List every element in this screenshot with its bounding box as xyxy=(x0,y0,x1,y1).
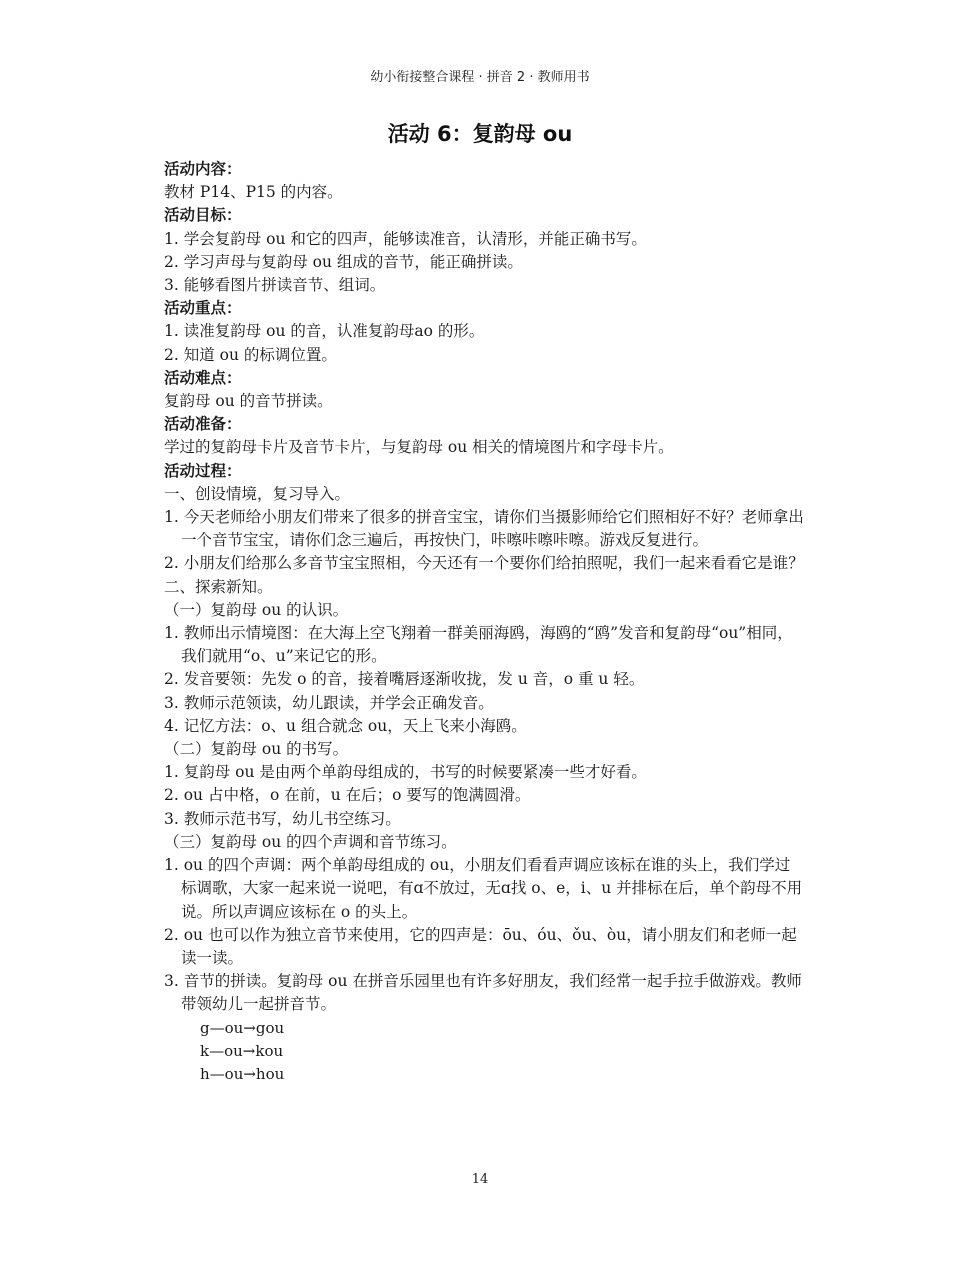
subsection-title: （一）复韵母 ou 的认识。 xyxy=(164,599,804,622)
process-item: 1. 复韵母 ou 是由两个单韵母组成的，书写的时候要紧凑一些才好看。 xyxy=(164,761,804,784)
process-item: 3. 教师示范领读，幼儿跟读，并学会正确发音。 xyxy=(164,692,804,715)
goal-item: 1. 学会复韵母 ou 和它的四声，能够读准音，认清形，并能正确书写。 xyxy=(164,228,804,251)
subsection-title: （三）复韵母 ou 的四个声调和音节练习。 xyxy=(164,831,804,854)
goal-item: 3. 能够看图片拼读音节、组词。 xyxy=(164,274,804,297)
section-heading-content: 活动内容： xyxy=(164,158,804,181)
process-item: 3. 教师示范书写，幼儿书空练习。 xyxy=(164,808,804,831)
document-body: 活动内容： 教材 P14、P15 的内容。 活动目标： 1. 学会复韵母 ou … xyxy=(164,158,804,1086)
part2-title: 二、探索新知。 xyxy=(164,576,804,599)
process-item: 1. 教师出示情境图：在大海上空飞翔着一群美丽海鸥，海鸥的“鸥”发音和复韵母“o… xyxy=(164,622,804,668)
key-point-item: 2. 知道 ou 的标调位置。 xyxy=(164,344,804,367)
process-item: 2. ou 占中格，o 在前，u 在后；o 要写的饱满圆滑。 xyxy=(164,784,804,807)
goal-item: 2. 学习声母与复韵母 ou 组成的音节，能正确拼读。 xyxy=(164,251,804,274)
process-item: 1. ou 的四个声调：两个单韵母组成的 ou，小朋友们看看声调应该标在谁的头上… xyxy=(164,854,804,924)
process-item: 2. ou 也可以作为独立音节来使用，它的四声是：ōu、óu、ǒu、òu，请小朋… xyxy=(164,924,804,970)
section-heading-preparation: 活动准备： xyxy=(164,413,804,436)
difficulty-text: 复韵母 ou 的音节拼读。 xyxy=(164,390,804,413)
content-text: 教材 P14、P15 的内容。 xyxy=(164,181,804,204)
page-number: 14 xyxy=(0,1172,960,1187)
section-heading-process: 活动过程： xyxy=(164,460,804,483)
page-title: 活动 6：复韵母 ou xyxy=(0,118,960,148)
process-item: 2. 小朋友们给那么多音节宝宝照相，今天还有一个要你们给拍照呢，我们一起来看看它… xyxy=(164,552,804,575)
section-heading-difficulty: 活动难点： xyxy=(164,367,804,390)
running-header: 幼小衔接整合课程 · 拼音 2 · 教师用书 xyxy=(0,66,960,85)
subsection-title: （二）复韵母 ou 的书写。 xyxy=(164,738,804,761)
key-point-item: 1. 读准复韵母 ou 的音，认准复韵母ao 的形。 xyxy=(164,320,804,343)
process-item: 3. 音节的拼读。复韵母 ou 在拼音乐园里也有许多好朋友，我们经常一起手拉手做… xyxy=(164,970,804,1016)
part1-title: 一、创设情境，复习导入。 xyxy=(164,483,804,506)
process-item: 1. 今天老师给小朋友们带来了很多的拼音宝宝，请你们当摄影师给它们照相好不好？老… xyxy=(164,506,804,552)
syllable-spelling: g—ou→gou xyxy=(164,1017,804,1040)
process-item: 4. 记忆方法：o、u 组合就念 ou，天上飞来小海鸥。 xyxy=(164,715,804,738)
section-heading-goals: 活动目标： xyxy=(164,204,804,227)
syllable-spelling: h—ou→hou xyxy=(164,1063,804,1086)
preparation-text: 学过的复韵母卡片及音节卡片，与复韵母 ou 相关的情境图片和字母卡片。 xyxy=(164,436,804,459)
section-heading-key-points: 活动重点： xyxy=(164,297,804,320)
process-item: 2. 发音要领：先发 o 的音，接着嘴唇逐渐收拢，发 u 音，o 重 u 轻。 xyxy=(164,668,804,691)
syllable-spelling: k—ou→kou xyxy=(164,1040,804,1063)
